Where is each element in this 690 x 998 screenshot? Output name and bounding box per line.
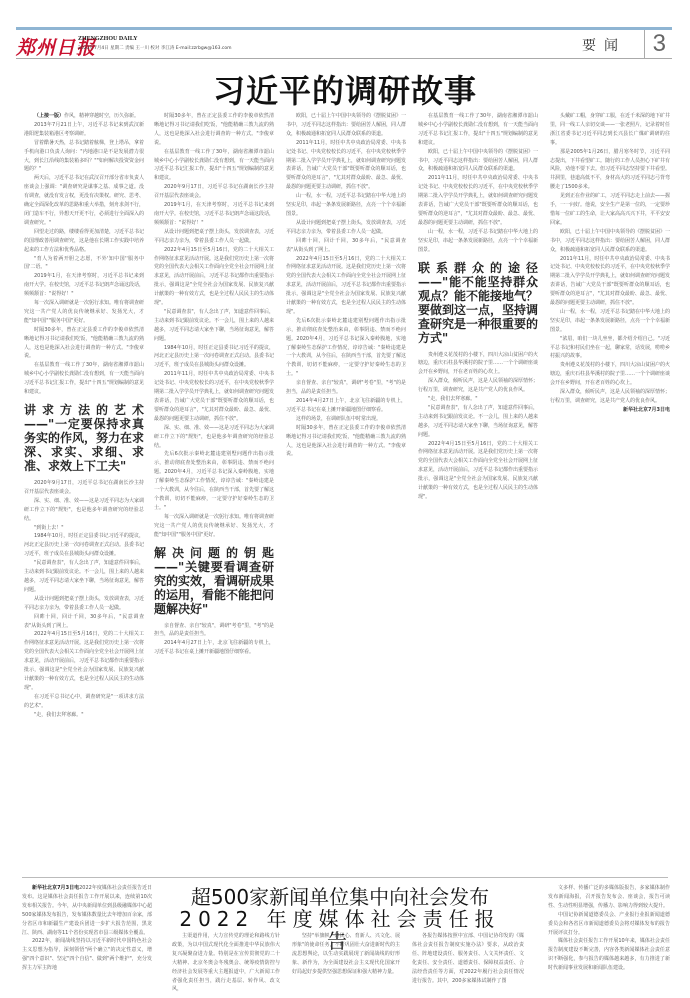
paragraph: 2013年7月21日上午，习近平总书记来到武汉新港阳逻集装箱港区考察调研。 — [24, 121, 144, 139]
article-headline: 习近平的调研故事 — [0, 66, 690, 112]
paragraph: 在基层教育一线工作了30年，湖南省湘潭市韶山城乡中心小学副校长龚勋仁没有想到，有… — [154, 148, 274, 184]
paragraph: 1984年10月，时任正定县委书记习近平的提议，河北正定县历史上第一次问卷调查正… — [154, 344, 274, 371]
paragraph: 这样的场景，在调研队伍中时常出现。 — [286, 415, 406, 424]
paragraph: 深、实、细、准、效——这是习近平同志为大家调研工作立下的"规矩"，也是他多年调查… — [154, 424, 274, 451]
paragraph: 2022年，新闻战线坚持以习近平新时代中国特色社会主义思想为指导，深刻领悟"两个… — [22, 937, 152, 973]
paragraph: "浓眉，咱们一块儿坐坐，都介绍介绍自己。"习近平总书记和村民们坐在一起，聊家常，… — [550, 335, 670, 362]
paragraph: 每一次深入调研就是一次躬行求知。唯有将调查研究这一共产党人的优良传统继承好、发扬… — [24, 299, 144, 326]
paragraph: 每一次深入调研就是一次躬行求知。唯有将调查研究这一共产党人的优良传统继承好、发扬… — [154, 513, 274, 540]
paragraph: "育人为着两开胆之志愿，不外'知中国''服务中国'二语。" — [24, 255, 144, 273]
paragraph: 2020年9月17日，习近平总书记在湖南长沙主持召开基层代表座谈会。 — [24, 479, 144, 497]
article2-column-2: 主渠道作用，大力宣传党的理论和路线方针政策，为以中国式现代化全面推进中华民族伟大… — [172, 932, 280, 992]
paragraph: 冒着酷暑天热，总书记踏着舷梯，登上塔吊，拿着手机向港口负责人询问："内地港口是不… — [24, 139, 144, 175]
paragraph: 山一程，水一程，习近平总书记踏在中华大地上的坚实足印，串起一条条发展新路径，点亮… — [550, 308, 670, 335]
paragraph: 2022年4月15日至5月16日，党的二十大相关工作网络征求意见活动开展。这是我… — [24, 630, 144, 692]
paragraph: 头戴矿工帽，身穿矿工服，在近千米深的地下矿井里，同一线工人亲切交谈——一张老照片… — [550, 112, 670, 148]
article2-column-3: 坚持"举旗帜、聚民心、育新人、兴文化、展形象"的使命任务，不断巩固壮大奋进新时代… — [292, 932, 400, 992]
paragraph: 在基层教育一线工作了30年，湖南省湘潭市韶山城乡中心小学副校长龚勋仁没有想到，有… — [418, 112, 538, 148]
article2-column-5: 文多样、传播广泛的多媒体版报告，多家媒体制作发布新闻海报，召开报告发布会、座谈会… — [548, 884, 670, 984]
paragraph: 从设计问题到把桌子摆上街头，发放调查表，习近平同志亲力亲为，带着县委工作人员一起… — [24, 595, 144, 613]
paragraph: 2014年4月27日上午，北京飞往新疆的专机上，习近平总书记在桌上摊开新疆地图仔… — [154, 639, 274, 657]
paragraph: 山一程，水一程，习近平总书记踏在中华大地上的坚实足印，串起一条条发展新路径，点亮… — [286, 192, 406, 219]
paragraph: 深入群众，倾听民声，这是人民领袖的深厚情怀；行程万里，调查研究，这是共产党人的优… — [550, 388, 670, 406]
article-column-4: 在基层教育一线工作了30年，湖南省湘潭市韶山城乡中心小学副校长龚勋仁没有想到，有… — [418, 112, 538, 824]
paragraph: 各报告媒体按照中宣部、中国记协印发的《媒体社会责任报告制度实施办法》要求，从政治… — [412, 932, 524, 985]
article-column-1: （上接一版）作风，精神穿越时空，历久弥新。 2013年7月21日上午，习近平总书… — [24, 112, 144, 824]
paragraph: 深入群众，倾听民声，这是人民领袖的深厚情怀；行程万里，调查研究，这是共产党人的优… — [418, 377, 538, 395]
paragraph: 文多样、传播广泛的多媒体版报告，多家媒体制作发布新闻海报，召开报告发布会、座谈会… — [548, 884, 670, 911]
paragraph: "走，我们去拜寒廊。" — [418, 395, 538, 404]
paragraph: 2022年4月15日至5月16日，党的二十大相关工作网络征求意见活动开展。这是我… — [154, 246, 274, 308]
paragraph: "民意调查表"，有人念出了声，知道意件回事后，主动来到书记跟前发议论。不一会儿，… — [418, 404, 538, 440]
paragraph: 2011年11月，时任中共中央政治局常委、中央书记处书记、中央党校校长的习近平，… — [154, 370, 274, 423]
paragraph: 媒体社会责任报告工作开展10年来，媒体社会责任报告制度建设不断完善，内容各类新闻… — [548, 937, 670, 973]
paragraph: 在基层教育一线工作了30年，湖南省湘潭市韶山城乡中心小学副校长龚勋仁没有想到，有… — [24, 361, 144, 397]
paragraph: 亲自督查、亲自"较真"，调研"考卷"里，"考"的是担当，品的是责任担当。 — [286, 379, 406, 397]
paragraph: 2019年1月，在天津考察时，习近平总书记来到南开大学。在校史馆，习近平总书记朗… — [24, 272, 144, 299]
paragraph: 在习近平总书记心中，调查研究是"一项讲求方法的艺术"。 — [24, 693, 144, 711]
paragraph: 坚持"举旗帜、聚民心、育新人、兴文化、展形象"的使命任务，不断巩固壮大奋进新时代… — [292, 932, 400, 977]
paragraph: 欧阳，已十届上午中国中央领导的《摆脱贫困》一书中，习近平同志这样指出：要给困苦人… — [550, 228, 670, 255]
paragraph: 从设计问题到把桌子摆上街头，发放调查表，习近平同志亲力亲为，带着县委工作人员一起… — [286, 219, 406, 237]
paragraph: 时隔30多年，曾在正定县委工作的李俊章依然清晰地记得习书记请我们吃饭，"他能精确… — [286, 424, 406, 460]
subheading-method: 讲求方法的艺术——"一定要保持求真务实的作风，努力在求深、求实、求细、求准、求效… — [24, 403, 144, 473]
article-column-2: 时隔30多年，曾在正定县委工作的李俊章依然清晰地记得习书记请我们吃饭，"他能精确… — [154, 112, 274, 824]
paragraph: 时隔30多年，曾在正定县委工作的李俊章依然清晰地记得习书记请我们吃饭，"他能精确… — [24, 326, 144, 362]
subheading-connect-masses: 联系群众的途径——"能不能坚持群众观点？能不能接地气？要做到这一点，坚持调查研究… — [418, 261, 538, 345]
paragraph: 亲自督查、亲自"较真"，调研"考卷"里，"考"的是担当，品的是责任担当。 — [154, 622, 274, 640]
section-divider — [22, 877, 668, 878]
paragraph: 欧阳，已十届上午中国中央领导的《摆脱贫困》一书中，习近平同志这样指出：要给困苦人… — [418, 148, 538, 175]
paragraph: "到街上去！" — [24, 524, 144, 533]
paragraph: "民意调查表"，有人念出了声，知道意件回事后，主动来到书记跟前发议论。不一会儿，… — [24, 559, 144, 595]
paragraph: 2019年1月，在天津考察时，习近平总书记来到南开大学。在校史馆，习近平总书记朗… — [154, 201, 274, 228]
paragraph: 那是2005年1月26日，腊月寒冬时节，习近平同志提出，下井看望矿工。随行的工作… — [550, 148, 670, 193]
paragraph: 2011年11月，时任中共中央政治局常委、中央书记处书记、中央党校校长的习近平，… — [418, 174, 538, 227]
subheading-solve-problems: 解决问题的钥匙——"关键要看调查研究的实效，看调研成果的运用，看能不能把问题解决… — [154, 546, 274, 616]
paragraph: 中国记协新闻道德委员会、产业报行业报新闻道德委员会和各省区市新闻道德委员会将对媒… — [548, 911, 670, 938]
paragraph: 2014年4月27日上午，北京飞往新疆的专机上，习近平总书记在桌上摊开新疆地图仔… — [286, 397, 406, 415]
paragraph: 回眸十回，回计千回，30多年后，"民意调查表"从街头到了网上。 — [24, 613, 144, 631]
paragraph: 2022年4月15日至5月16日，党的二十大相关工作网络征求意见活动开展。这是我… — [286, 255, 406, 317]
paragraph: 见到正在作业的矿工，习近平同志走上前去——握手，一一问好。他说，安全生产是第一位… — [550, 192, 670, 228]
issue-meta: 2023年7月4日 星期二 责编 王一川 校对 李江涛 E-mail:zzrbg… — [78, 45, 231, 51]
paragraph: 贵州遵义花茂村的小楼下，四川大凉山贫困户的火塘边，重庆石柱县华溪村的院子里……一… — [550, 361, 670, 388]
newspaper-english-name: ZHENGZHOU DAILY — [78, 36, 138, 42]
paragraph: 2011年11月，时任中共中央政治局常委、中央书记处书记、中央党校校长的习近平，… — [286, 139, 406, 192]
paragraph: 2020年9月17日，习近平总书记在湖南长沙主持召开基层代表座谈会。 — [154, 183, 274, 201]
paragraph: 1984年10月，时任正定县委书记习近平的提议，河北正定县历史上第一次问卷调查正… — [24, 532, 144, 559]
article2-headline-line1: 超500家新闻单位集中向社会发布 — [170, 886, 510, 908]
page-number: 3 — [644, 30, 666, 58]
paragraph: （上接一版）作风，精神穿越时空，历久弥新。 — [24, 112, 144, 121]
paragraph: 深、实、细、准、效——这是习近平同志为大家调研工作立下的"规矩"，也是他多年调查… — [24, 497, 144, 524]
paragraph: 时隔30多年，曾在正定县委工作的李俊章依然清晰地记得习书记请我们吃饭，"他能精确… — [154, 112, 274, 148]
paragraph: 两天后，习近平总书记在武汉召开部分省市负责人座谈会上强调："调查研究是谋事之基、… — [24, 174, 144, 227]
paragraph: 欧阳，已十届上午中国中央领导的《摆脱贫困》一书中，习近平同志这样指出：要给困苦人… — [286, 112, 406, 139]
article-column-5: 头戴矿工帽，身穿矿工服，在近千米深的地下矿井里，同一线工人亲切交谈——一张老照片… — [550, 112, 670, 824]
paragraph: 先后6次批示秦岭北麓违建别墅问题作出指示批示，推动彻底查处整治来由，彰事阴违、禁… — [154, 450, 274, 512]
paragraph: 先后6次批示秦岭北麓违建别墅问题作出指示批示，推动彻底查处整治来由，彰事阴违、禁… — [286, 317, 406, 379]
paragraph: "民意调查表"，有人念出了声，知道意件回事后，主动来到书记跟前发议论。不一会儿，… — [154, 308, 274, 344]
paragraph: 2022年4月15日至5月16日，党的二十大相关工作网络征求意见活动开展。这是我… — [418, 440, 538, 502]
dateline: 新华社北京7月3日电 — [550, 406, 670, 415]
article-column-3: 欧阳，已十届上午中国中央领导的《摆脱贫困》一书中，习近平同志这样指出：要给困苦人… — [286, 112, 406, 824]
paragraph: 贵州遵义花茂村的小楼下，四川大凉山贫困户的火塘边，重庆石柱县华溪村的院子里……一… — [418, 351, 538, 378]
masthead: 郑州日报 ZHENGZHOU DAILY 2023年7月4日 星期二 责编 王一… — [16, 30, 672, 59]
paragraph: 新华社北京7月3日电2022年度媒体社会责任报告近日发布。这是媒体社会责任报告工… — [22, 884, 152, 937]
article2-column-1: 新华社北京7月3日电2022年度媒体社会责任报告近日发布。这是媒体社会责任报告工… — [22, 884, 152, 984]
paragraph: 山一程，水一程，习近平总书记踏在中华大地上的坚实足印，串起一条条发展新路径，点亮… — [418, 228, 538, 255]
article-body: （上接一版）作风，精神穿越时空，历久弥新。 2013年7月21日上午，习近平总书… — [24, 112, 672, 824]
paragraph: 主渠道作用，大力宣传党的理论和路线方针政策，为以中国式现代化全面推进中华民族伟大… — [172, 932, 280, 992]
section-name: 要闻 — [582, 35, 626, 55]
paragraph: 2011年11月，时任中共中央政治局常委、中央书记处书记、中央党校校长的习近平，… — [550, 255, 670, 308]
paragraph: 从设计问题到把桌子摆上街头，发放调查表，习近平同志亲力亲为，带着县委工作人员一起… — [154, 228, 274, 246]
paragraph: 回眸十回，回计千回，30多年后，"民意调查表"从街头到了网上。 — [286, 237, 406, 255]
article2-column-4: 各报告媒体按照中宣部、中国记协印发的《媒体社会责任报告制度实施办法》要求，从政治… — [412, 932, 524, 992]
paragraph: 回望走过的路，缕缕看得更加清楚，习近平总书记的国理政善用调查研究，这是他在长期工… — [24, 228, 144, 255]
paragraph: "走，我们去拜寒廊。" — [24, 711, 144, 720]
